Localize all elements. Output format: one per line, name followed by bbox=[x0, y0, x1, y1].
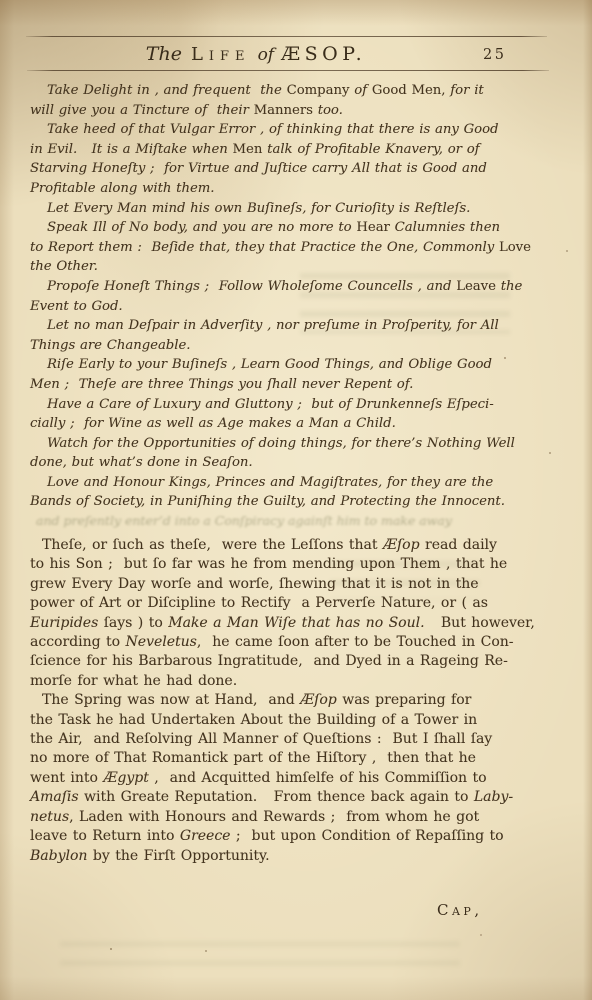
text-segment: for it bbox=[445, 83, 483, 98]
text-segment: talk of Profitable Knavery, or of bbox=[262, 142, 479, 157]
text-line: Speak Ill of No body, and you are no mor… bbox=[30, 218, 488, 238]
text-segment: the Task he had Undertaken About the Bui… bbox=[30, 712, 477, 728]
text-segment: Ægypt bbox=[103, 770, 148, 786]
text-segment: with Greate Reputation. From thence back… bbox=[79, 789, 474, 805]
text-segment: Hear bbox=[356, 220, 389, 235]
text-segment: Bands of Society, in Puniſhing the Guilt… bbox=[30, 494, 505, 509]
text-line: Theſe, or ſuch as theſe, were the Leſſon… bbox=[30, 536, 488, 555]
running-head: TheLifeofÆSOP. bbox=[30, 43, 482, 65]
running-head-the: The bbox=[146, 43, 182, 65]
text-segment: Starving Honeſty ; for Virtue and Juſtic… bbox=[30, 161, 487, 176]
text-line: leave to Return into Greece ; but upon C… bbox=[30, 827, 488, 846]
text-segment: the Other. bbox=[30, 259, 98, 274]
text-segment: no more of That Romantick part of the Hi… bbox=[30, 750, 476, 766]
text-line: in Evil. It is a Miſtake when Men talk o… bbox=[30, 140, 488, 160]
paragraph: Have a Care of Luxury and Gluttony ; but… bbox=[30, 395, 488, 434]
text-line: according to Neveletus, he came ſoon aft… bbox=[30, 633, 488, 652]
text-segment: Speak Ill of No body, and you are no mor… bbox=[47, 220, 356, 235]
text-segment: ſcience for his Barbarous Ingratitude, a… bbox=[30, 653, 508, 669]
show-through-text: and preſently enter’d into a Conſpiracy … bbox=[36, 513, 486, 527]
text-segment: done, but what’s done in Seaſon. bbox=[30, 455, 253, 470]
text-segment: was preparing for bbox=[337, 692, 472, 708]
running-head-life: Life bbox=[191, 44, 251, 65]
show-through-patch bbox=[60, 936, 460, 976]
text-segment: Greece bbox=[180, 828, 231, 844]
running-head-of: of bbox=[258, 45, 275, 65]
text-segment: ; but upon Condition of Repaſſing to bbox=[230, 828, 503, 844]
paragraph: Theſe, or ſuch as theſe, were the Leſſon… bbox=[30, 536, 488, 691]
text-line: Take heed of that Vulgar Error , of thin… bbox=[30, 120, 488, 140]
text-line: to his Son ; but ſo far was he from mend… bbox=[30, 555, 488, 574]
text-line: the Air, and Reſolving All Manner of Que… bbox=[30, 730, 488, 749]
paper-speck bbox=[480, 934, 482, 936]
text-line: to Report them : Beſide that, they that … bbox=[30, 238, 488, 258]
text-segment: Men bbox=[233, 142, 263, 157]
text-segment: Babylon bbox=[30, 848, 87, 864]
text-segment: Let Every Man mind his own Buſineſs, for… bbox=[47, 201, 470, 216]
text-segment: Æſop bbox=[300, 692, 337, 708]
text-segment: Watch for the Opportunities of doing thi… bbox=[47, 436, 515, 451]
text-segment: Company bbox=[287, 83, 350, 98]
header-rule-bottom bbox=[27, 70, 549, 71]
text-line: The Spring was now at Hand, and Æſop was… bbox=[30, 691, 488, 710]
text-segment: Laby- bbox=[474, 789, 513, 805]
text-line: Love and Honour Kings, Princes and Magiſ… bbox=[30, 473, 488, 493]
text-segment: Take heed of that Vulgar Error , of thin… bbox=[47, 122, 499, 137]
text-segment: Men ; Theſe are three Things you ſhall n… bbox=[30, 377, 413, 392]
paper-speck bbox=[549, 452, 551, 454]
text-segment: ſays ) to bbox=[98, 615, 168, 631]
text-line: Riſe Early to your Buſineſs , Learn Good… bbox=[30, 355, 488, 375]
text-segment: , he came ſoon after to be Touched in Co… bbox=[197, 634, 514, 650]
page-number: 25 bbox=[483, 47, 506, 63]
text-line: no more of That Romantick part of the Hi… bbox=[30, 749, 488, 768]
text-line: ſcience for his Barbarous Ingratitude, a… bbox=[30, 652, 488, 671]
text-segment: Amaſis bbox=[30, 789, 79, 805]
text-segment: according to bbox=[30, 634, 126, 650]
text-segment: Love bbox=[499, 240, 531, 255]
text-segment: power of Art or Diſcipline to Rectify a … bbox=[30, 595, 488, 611]
text-segment: to his Son ; but ſo far was he from mend… bbox=[30, 556, 507, 572]
show-through-patch bbox=[300, 268, 510, 334]
text-segment: Things are Changeable. bbox=[30, 338, 190, 353]
header-rule-top bbox=[26, 36, 547, 37]
text-line: done, but what’s done in Seaſon. bbox=[30, 453, 488, 473]
text-line: the Task he had Undertaken About the Bui… bbox=[30, 711, 488, 730]
text-line: power of Art or Diſcipline to Rectify a … bbox=[30, 594, 488, 613]
text-line: Starving Honeſty ; for Virtue and Juſtic… bbox=[30, 159, 488, 179]
text-segment: in Evil. It is a Miſtake when bbox=[30, 142, 233, 157]
text-segment: will give you a Tincture of their bbox=[30, 103, 254, 118]
text-segment: Love and Honour Kings, Princes and Magiſ… bbox=[47, 475, 493, 490]
text-line: Babylon by the Firſt Opportunity. bbox=[30, 847, 488, 866]
text-segment: Manners bbox=[254, 103, 313, 118]
text-segment: , Laden with Honours and Rewards ; from … bbox=[69, 809, 479, 825]
text-line: will give you a Tincture of their Manner… bbox=[30, 101, 488, 121]
text-line: went into Ægypt , and Acquitted himſelfe… bbox=[30, 769, 488, 788]
text-line: Watch for the Opportunities of doing thi… bbox=[30, 434, 488, 454]
text-segment: the Air, and Reſolving All Manner of Que… bbox=[30, 731, 492, 747]
paper-speck bbox=[110, 948, 112, 950]
text-segment: Calumnies then bbox=[390, 220, 500, 235]
text-segment: Theſe, or ſuch as theſe, were the Leſſon… bbox=[42, 537, 383, 553]
scanned-book-page: { "colors": { "paper": "#ecdfbd", "ink":… bbox=[0, 0, 592, 1000]
text-segment: to Report them : Beſide that, they that … bbox=[30, 240, 499, 255]
text-segment: morſe for what he had done. bbox=[30, 673, 237, 689]
text-segment: Event to God. bbox=[30, 299, 123, 314]
paper-speck bbox=[205, 950, 207, 952]
text-segment: Good Men, bbox=[372, 83, 446, 98]
text-line: cially ; for Wine as well as Age makes a… bbox=[30, 414, 488, 434]
catchword: Cap, bbox=[437, 901, 483, 919]
paragraph: Watch for the Opportunities of doing thi… bbox=[30, 434, 488, 473]
text-segment: of bbox=[349, 83, 371, 98]
text-segment: cially ; for Wine as well as Age makes a… bbox=[30, 416, 396, 431]
text-segment: went into bbox=[30, 770, 103, 786]
text-segment: grew Every Day worſe and worſe, ſhewing … bbox=[30, 576, 479, 592]
paragraph: Take heed of that Vulgar Error , of thin… bbox=[30, 120, 488, 198]
text-line: Profitable along with them. bbox=[30, 179, 488, 199]
text-segment: read daily bbox=[420, 537, 497, 553]
paragraph: Love and Honour Kings, Princes and Magiſ… bbox=[30, 473, 488, 512]
text-line: Amaſis with Greate Reputation. From then… bbox=[30, 788, 488, 807]
text-segment: Take Delight in , and frequent the bbox=[47, 83, 287, 98]
paper-speck bbox=[566, 250, 568, 252]
text-segment: But however, bbox=[425, 615, 535, 631]
text-segment: Æſop bbox=[383, 537, 420, 553]
text-line: Men ; Theſe are three Things you ſhall n… bbox=[30, 375, 488, 395]
text-segment: Euripides bbox=[30, 615, 98, 631]
text-line: Bands of Society, in Puniſhing the Guilt… bbox=[30, 492, 488, 512]
text-segment: , and Acquitted himſelfe of his Commiſſi… bbox=[149, 770, 487, 786]
narrative-section: Theſe, or ſuch as theſe, were the Leſſon… bbox=[30, 536, 488, 866]
text-segment: too. bbox=[313, 103, 343, 118]
text-segment: Riſe Early to your Buſineſs , Learn Good… bbox=[47, 357, 492, 372]
text-segment: The Spring was now at Hand, and bbox=[42, 692, 300, 708]
text-segment: Neveletus bbox=[126, 634, 197, 650]
text-segment: Have a Care of Luxury and Gluttony ; but… bbox=[47, 397, 494, 412]
paper-speck bbox=[504, 357, 506, 359]
text-segment: leave to Return into bbox=[30, 828, 180, 844]
text-line: grew Every Day worſe and worſe, ſhewing … bbox=[30, 575, 488, 594]
text-line: morſe for what he had done. bbox=[30, 672, 488, 691]
paragraph: Riſe Early to your Buſineſs , Learn Good… bbox=[30, 355, 488, 394]
text-segment: netus bbox=[30, 809, 69, 825]
text-line: Things are Changeable. bbox=[30, 336, 488, 356]
text-line: Euripides ſays ) to Make a Man Wiſe that… bbox=[30, 614, 488, 633]
text-segment: Make a Man Wiſe that has no Soul. bbox=[168, 615, 424, 631]
text-line: Let Every Man mind his own Buſineſs, for… bbox=[30, 199, 488, 219]
text-line: Take Delight in , and frequent the Compa… bbox=[30, 81, 488, 101]
text-segment: Profitable along with them. bbox=[30, 181, 214, 196]
paragraph: Let Every Man mind his own Buſineſs, for… bbox=[30, 199, 488, 219]
text-line: netus, Laden with Honours and Rewards ; … bbox=[30, 808, 488, 827]
paragraph: The Spring was now at Hand, and Æſop was… bbox=[30, 691, 488, 866]
text-line: Have a Care of Luxury and Gluttony ; but… bbox=[30, 395, 488, 415]
running-head-aesop: ÆSOP. bbox=[281, 43, 366, 65]
text-segment: by the Firſt Opportunity. bbox=[87, 848, 269, 864]
paragraph: Take Delight in , and frequent the Compa… bbox=[30, 81, 488, 120]
